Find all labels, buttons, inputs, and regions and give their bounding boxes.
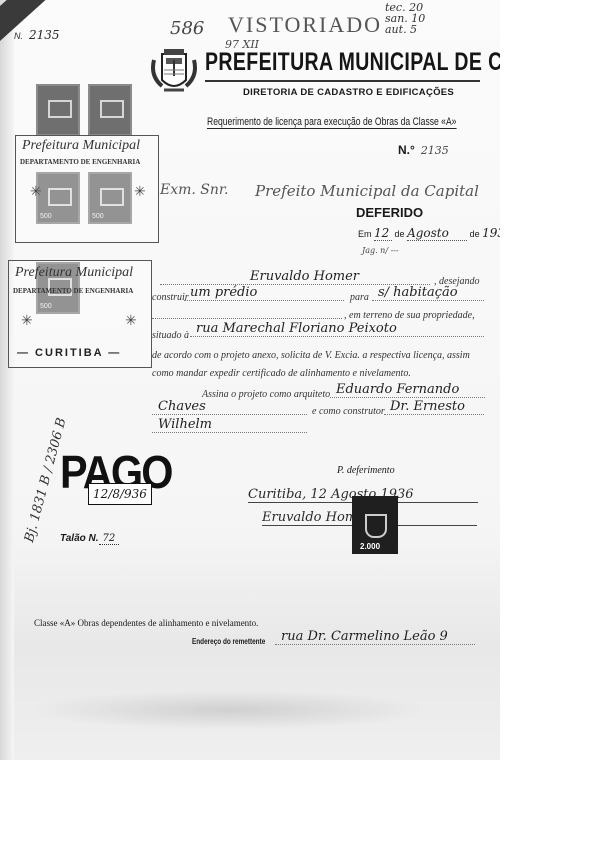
form-text: situado à: [152, 330, 189, 341]
construction-value: um prédio: [190, 285, 257, 300]
address-field: rua Marechal Floriano Peixoto: [190, 322, 484, 337]
form-text: Assina o projeto como arquiteto: [202, 389, 330, 400]
form-text: e como construtor: [312, 406, 385, 417]
date-year: 1936: [482, 226, 500, 240]
request-number: N.°2135: [398, 143, 449, 157]
p-deferimento: P. deferimento: [337, 465, 395, 476]
margin-notes: tec. 20 san. 10 aut. 5: [385, 2, 425, 35]
architect-field-cont: Chaves: [152, 400, 307, 415]
request-title: Requerimento de licença para execução de…: [207, 116, 456, 129]
architect-name: Eduardo Fernando: [336, 382, 459, 397]
builder-field-cont: Wilhelm: [152, 418, 307, 433]
endereco-label: Endereço do remettente: [192, 637, 265, 646]
talao-number: Talão N.72: [60, 533, 119, 544]
deferido-stamp: DEFERIDO: [356, 205, 423, 220]
form-text: , em terreno de sua propriedade,: [344, 310, 475, 321]
applicant-name: Eruvaldo Homer: [250, 269, 359, 284]
deferido-initials: Jag. n/ ---: [362, 246, 399, 255]
date-month: Agosto: [407, 226, 467, 241]
number-label: N.: [14, 31, 23, 41]
paper-stain: [30, 690, 430, 730]
number-value: 2135: [29, 28, 60, 42]
deferido-date: Em 12 de Agosto de 1936: [358, 226, 500, 241]
revenue-stamp: [36, 84, 80, 136]
form-text: para: [350, 292, 369, 303]
asterisk-icon: ✳: [134, 184, 146, 201]
date-label: de: [470, 229, 480, 239]
blank-field: [152, 304, 342, 319]
address-value: rua Marechal Floriano Peixoto: [196, 321, 397, 336]
engineering-seal-curitiba: Prefeitura Municipal DEPARTAMENTO DE ENG…: [8, 260, 152, 368]
margin-note: aut. 5: [385, 24, 425, 35]
addressee: Prefeito Municipal da Capital: [255, 182, 479, 200]
seal-line: — CURITIBA —: [17, 347, 121, 359]
salutation: Exm. Snr.: [160, 182, 229, 198]
pago-date: 12/8/936: [88, 483, 152, 505]
top-left-number: N.2135: [14, 28, 60, 42]
date-label: Em: [358, 229, 372, 239]
coat-of-arms-icon: [148, 46, 200, 98]
builder-field: Dr. Ernesto: [384, 400, 484, 415]
stamp-number: 586: [170, 18, 204, 39]
asterisk-icon: ✳: [125, 313, 137, 330]
date-label: de: [395, 229, 405, 239]
builder-name-cont: Wilhelm: [158, 417, 212, 432]
subtitle: DIRETORIA DE CADASTRO E EDIFICAÇÕES: [243, 87, 454, 98]
fiscal-stamp-value: 2.000: [360, 542, 380, 551]
document-page: N.2135 586 VISTORIADO 97 XII tec. 20 san…: [0, 0, 500, 760]
construction-field: um prédio: [184, 286, 344, 301]
applicant-field: Eruvaldo Homer: [160, 270, 430, 285]
number-label: N.°: [398, 143, 415, 157]
builder-name: Dr. Ernesto: [390, 399, 465, 414]
fiscal-stamp: 2.000: [352, 496, 398, 554]
date-day: 12: [374, 226, 392, 241]
seal-line: Prefeitura Municipal: [22, 138, 140, 154]
seal-line: DEPARTAMENTO DE ENGENHARIA: [20, 158, 140, 166]
asterisk-icon: ✳: [30, 184, 42, 201]
endereco-value: rua Dr. Carmelino Leão 9: [281, 629, 448, 644]
endereco-field: rua Dr. Carmelino Leão 9: [275, 630, 475, 645]
seal-line: DEPARTAMENTO DE ENGENHARIA: [13, 287, 133, 295]
footer-note: Classe «A» Obras dependentes de alinhame…: [34, 618, 258, 628]
purpose-value: s/ habitação: [378, 285, 458, 300]
seal-line: Prefeitura Municipal: [15, 265, 133, 281]
talao-label: Talão N.: [60, 533, 99, 544]
form-text: como mandar expedir certificado de alinh…: [152, 368, 411, 379]
asterisk-icon: ✳: [21, 313, 33, 330]
title-divider: [205, 80, 480, 82]
number-value: 2135: [421, 144, 449, 157]
vistoriado-stamp: VISTORIADO: [228, 12, 382, 38]
architect-name-cont: Chaves: [158, 399, 206, 414]
purpose-field: s/ habitação: [372, 286, 484, 301]
architect-field: Eduardo Fernando: [330, 383, 485, 398]
page-title: PREFEITURA MUNICIPAL DE CURITIBA: [205, 48, 500, 77]
form-text: de acordo com o projeto anexo, solicita …: [152, 350, 470, 361]
talao-value: 72: [99, 533, 120, 545]
engineering-seal: Prefeitura Municipal DEPARTAMENTO DE ENG…: [15, 135, 159, 243]
revenue-stamp: [88, 84, 132, 136]
